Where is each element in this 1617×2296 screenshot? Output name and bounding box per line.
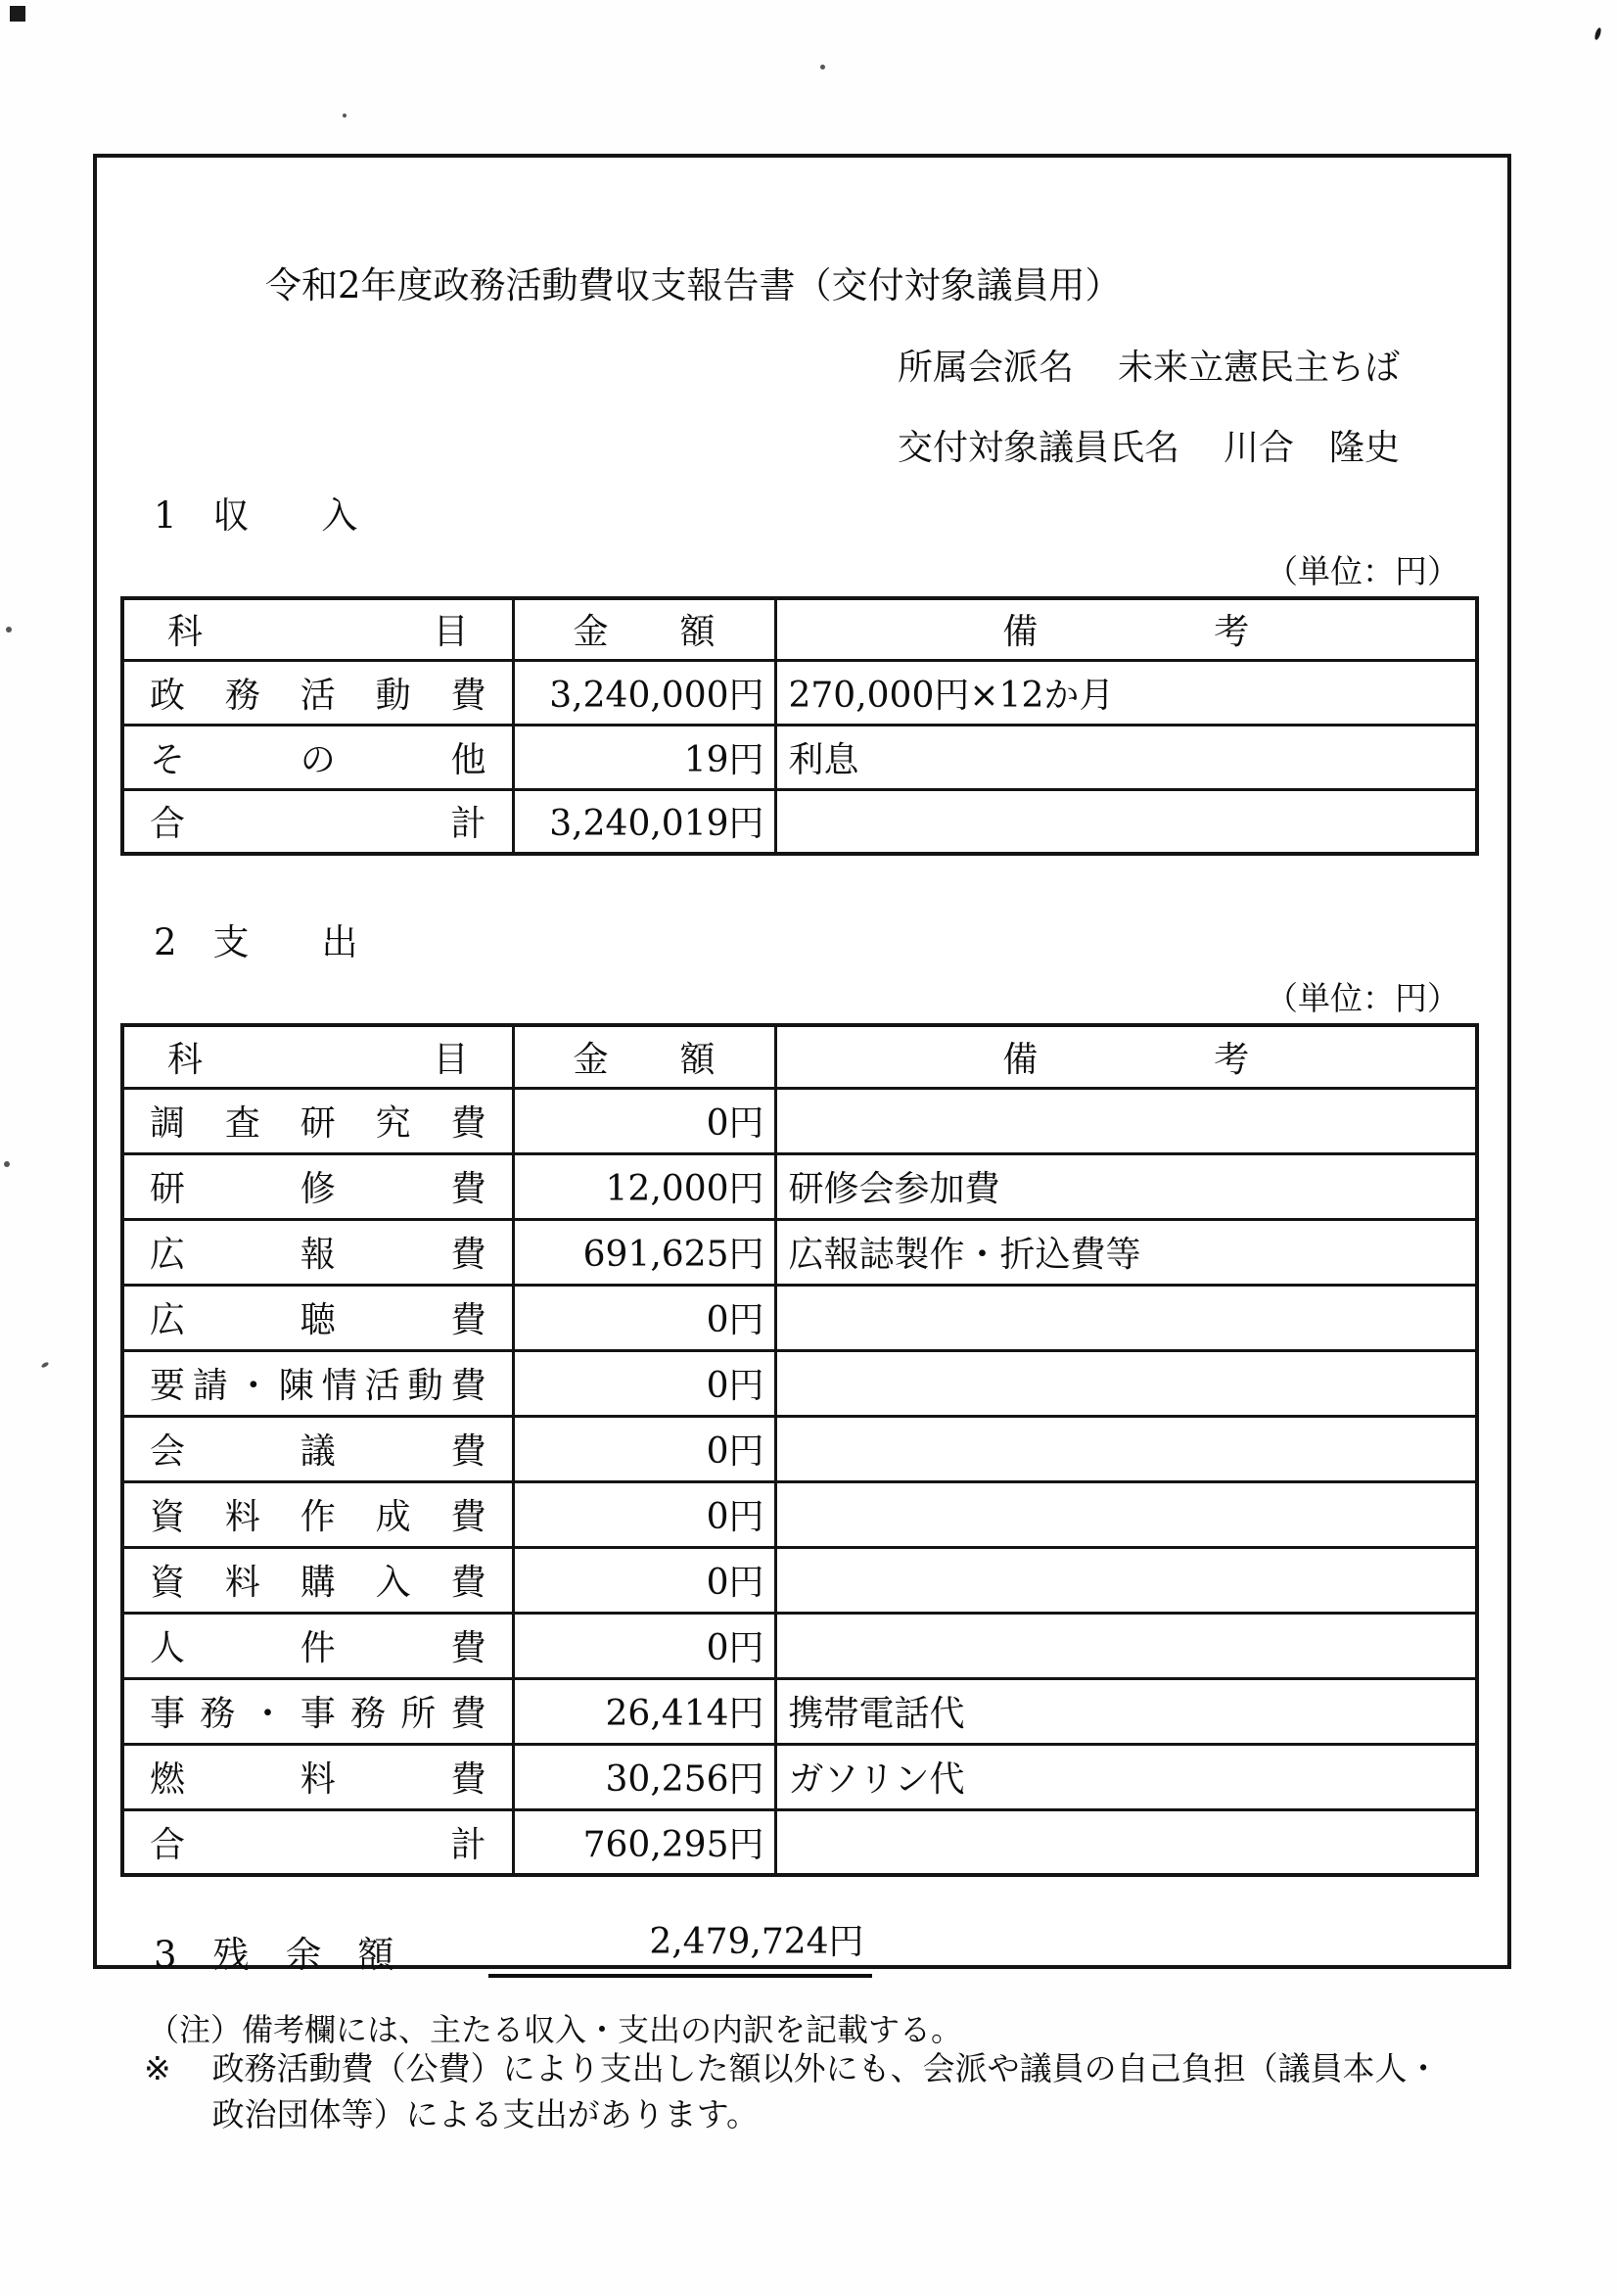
expense-row-total: 合 計 760,295円 [122, 1809, 1477, 1875]
row-amount: 0円 [513, 1285, 775, 1350]
income-header-item: 科 目 [122, 598, 513, 660]
expense-row-jimusho: 事務・事務所費 26,414円 携帯電話代 [122, 1678, 1477, 1744]
member-name: 川合 隆史 [1224, 428, 1400, 468]
row-item-label: 燃 料 費 [122, 1744, 513, 1809]
table-note: （注）備考欄には、主たる収入・支出の内訳を記載する。 [148, 2005, 1507, 2050]
row-remarks: 研修会参加費 [775, 1153, 1477, 1219]
row-remarks: 270,000円×12か月 [775, 660, 1477, 725]
row-item-label: 資 料 作 成 費 [122, 1481, 513, 1547]
faction-line: 所属会派名未来立憲民主ちば [898, 340, 1507, 390]
expense-row-kaigi: 会 議 費 0円 [122, 1416, 1477, 1481]
scan-speck [1594, 27, 1602, 41]
expense-header-amount: 金 額 [513, 1025, 775, 1088]
row-item-label: 政 務 活 動 費 [122, 660, 513, 725]
row-amount: 0円 [513, 1547, 775, 1613]
row-amount: 0円 [513, 1481, 775, 1547]
row-remarks: 広報誌製作・折込費等 [775, 1219, 1477, 1285]
expense-row-shiryoukounyu: 資 料 購 入 費 0円 [122, 1547, 1477, 1613]
member-label: 交付対象議員氏名 [898, 428, 1179, 468]
member-line: 交付対象議員氏名川合 隆史 [898, 420, 1507, 470]
faction-name: 未来立憲民主ちば [1118, 348, 1400, 388]
row-remarks [775, 1285, 1477, 1350]
balance-amount: 2,479,724円 [488, 1914, 872, 1978]
expense-row-kouhou: 広 報 費 691,625円 広報誌製作・折込費等 [122, 1219, 1477, 1285]
row-item-label: そ の 他 [122, 725, 513, 789]
scan-speck [41, 1361, 50, 1368]
expense-header-remarks: 備 考 [775, 1025, 1477, 1088]
income-header-remarks: 備 考 [775, 598, 1477, 660]
expense-header-row: 科 目 金 額 備 考 [122, 1025, 1477, 1088]
row-amount: 760,295円 [513, 1809, 775, 1875]
footnote-line-1: 政務活動費（公費）により支出した額以外にも、会派や議員の自己負担（議員本人・ [212, 2046, 1440, 2092]
expense-unit-note: （単位：円） [120, 973, 1475, 1019]
income-row-sonota: そ の 他 19円 利息 [122, 725, 1477, 789]
scan-speck [343, 114, 346, 117]
row-item-label: 人 件 費 [122, 1613, 513, 1678]
expense-row-shiryousakusei: 資 料 作 成 費 0円 [122, 1481, 1477, 1547]
row-remarks [775, 1613, 1477, 1678]
footnote: ※ 政務活動費（公費）により支出した額以外にも、会派や議員の自己負担（議員本人・… [144, 2046, 1440, 2138]
expense-row-kenshu: 研 修 費 12,000円 研修会参加費 [122, 1153, 1477, 1219]
row-amount: 691,625円 [513, 1219, 775, 1285]
row-item-label: 調 査 研 究 費 [122, 1088, 513, 1153]
income-unit-note: （単位：円） [120, 546, 1475, 592]
balance-heading: 3 残 余 額 [154, 1925, 394, 1978]
row-remarks: 利息 [775, 725, 1477, 789]
expense-section-heading: 2 支 出 [154, 913, 1507, 965]
row-remarks: 携帯電話代 [775, 1678, 1477, 1744]
footnote-text: 政務活動費（公費）により支出した額以外にも、会派や議員の自己負担（議員本人・ 政… [212, 2046, 1440, 2138]
page-title: 令和2年度政務活動費収支報告書（交付対象議員用） [265, 256, 1507, 308]
row-item-label: 研 修 費 [122, 1153, 513, 1219]
row-item-label: 広 報 費 [122, 1219, 513, 1285]
row-item-label: 合 計 [122, 1809, 513, 1875]
row-remarks [775, 1088, 1477, 1153]
row-remarks [775, 1481, 1477, 1547]
balance-row: 3 残 余 額 2,479,724円 [154, 1914, 1507, 1978]
income-table: 科 目 金 額 備 考 政 務 活 動 費 3,240,000円 270,000… [120, 596, 1479, 856]
scanned-report-page: 令和2年度政務活動費収支報告書（交付対象議員用） 所属会派名未来立憲民主ちば 交… [0, 0, 1617, 2296]
row-amount: 0円 [513, 1613, 775, 1678]
row-amount: 19円 [513, 725, 775, 789]
row-item-label: 広 聴 費 [122, 1285, 513, 1350]
row-remarks [775, 1809, 1477, 1875]
expense-row-nenryou: 燃 料 費 30,256円 ガソリン代 [122, 1744, 1477, 1809]
row-amount: 0円 [513, 1350, 775, 1416]
row-item-label: 要請・陳情活動費 [122, 1350, 513, 1416]
footnote-line-2: 政治団体等）による支出があります。 [212, 2092, 1440, 2138]
scan-speck [820, 65, 825, 70]
scan-speck [6, 627, 12, 633]
row-item-label: 合 計 [122, 789, 513, 854]
row-item-label: 資 料 購 入 費 [122, 1547, 513, 1613]
row-amount: 30,256円 [513, 1744, 775, 1809]
row-remarks [775, 1547, 1477, 1613]
row-item-label: 会 議 費 [122, 1416, 513, 1481]
income-row-total: 合 計 3,240,019円 [122, 789, 1477, 854]
faction-label: 所属会派名 [898, 348, 1074, 388]
row-remarks [775, 1350, 1477, 1416]
expense-table: 科 目 金 額 備 考 調 査 研 究 費 0円 研 修 費 12,000円 研… [120, 1023, 1479, 1877]
row-remarks [775, 1416, 1477, 1481]
row-remarks [775, 789, 1477, 854]
row-amount: 3,240,000円 [513, 660, 775, 725]
income-header-row: 科 目 金 額 備 考 [122, 598, 1477, 660]
scan-speck [4, 1161, 10, 1167]
scan-speck [10, 6, 25, 22]
expense-row-chousakenkyu: 調 査 研 究 費 0円 [122, 1088, 1477, 1153]
expense-header-item: 科 目 [122, 1025, 513, 1088]
report-border-frame: 令和2年度政務活動費収支報告書（交付対象議員用） 所属会派名未来立憲民主ちば 交… [93, 154, 1511, 1969]
row-amount: 0円 [513, 1416, 775, 1481]
row-amount: 12,000円 [513, 1153, 775, 1219]
expense-row-jinken: 人 件 費 0円 [122, 1613, 1477, 1678]
income-header-amount: 金 額 [513, 598, 775, 660]
row-amount: 0円 [513, 1088, 775, 1153]
footnote-marker: ※ [144, 2046, 171, 2092]
expense-row-kouchou: 広 聴 費 0円 [122, 1285, 1477, 1350]
row-remarks: ガソリン代 [775, 1744, 1477, 1809]
expense-row-yousei: 要請・陳情活動費 0円 [122, 1350, 1477, 1416]
row-item-label: 事務・事務所費 [122, 1678, 513, 1744]
income-section-heading: 1 収 入 [154, 486, 1507, 539]
income-row-seimukatsudohi: 政 務 活 動 費 3,240,000円 270,000円×12か月 [122, 660, 1477, 725]
row-amount: 26,414円 [513, 1678, 775, 1744]
row-amount: 3,240,019円 [513, 789, 775, 854]
affiliation-block: 所属会派名未来立憲民主ちば 交付対象議員氏名川合 隆史 [898, 340, 1507, 470]
